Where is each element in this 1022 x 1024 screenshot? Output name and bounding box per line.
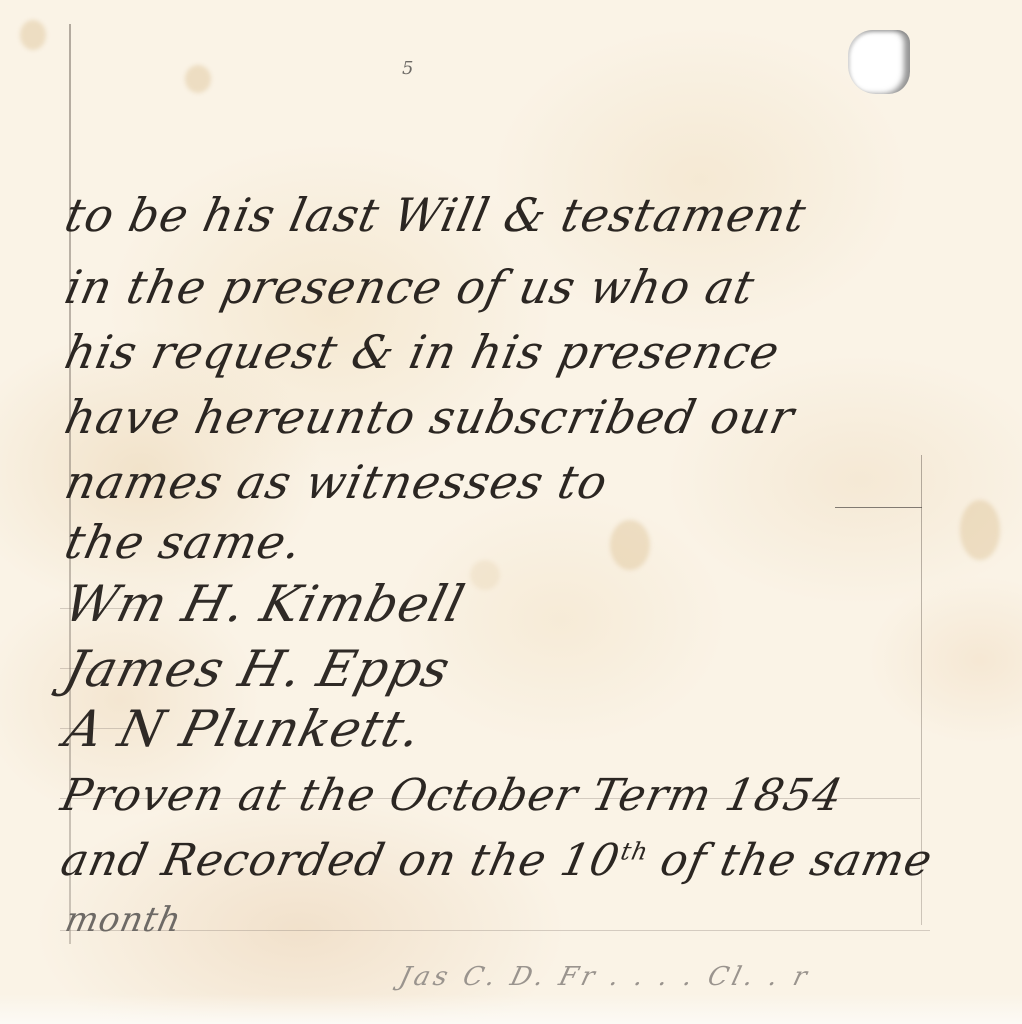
body-line-1: to be his last Will & testament bbox=[60, 188, 811, 242]
water-stain bbox=[185, 65, 211, 93]
torn-hole bbox=[848, 30, 910, 94]
body-line-6: the same. bbox=[60, 515, 307, 569]
witness-signature-1: Wm H. Kimbell bbox=[59, 575, 471, 633]
page-bottom-edge bbox=[0, 994, 1022, 1024]
witness-signature-3: A N Plunkett. bbox=[59, 700, 428, 758]
water-stain bbox=[20, 20, 46, 50]
month-line: month bbox=[62, 900, 186, 940]
recorded-line: and Recorded on the 10th of the same bbox=[57, 835, 938, 886]
body-line-3: his request & in his presence bbox=[60, 325, 784, 379]
document-page: 5 to be his last Will & testament in the… bbox=[0, 0, 1022, 1024]
clerk-signature: Jas C. D. Fr . . . . Cl. . r bbox=[396, 962, 814, 992]
recorded-line-prefix: and Recorded on the 10 bbox=[57, 835, 625, 886]
page-mark: 5 bbox=[402, 58, 413, 79]
witness-signature-2: James H. Epps bbox=[59, 640, 456, 698]
water-stain bbox=[960, 500, 1000, 560]
water-stain bbox=[470, 560, 500, 590]
recorded-line-suffix: of the same bbox=[641, 835, 937, 886]
body-line-4: have hereunto subscribed our bbox=[60, 390, 799, 444]
right-column-rule bbox=[835, 507, 922, 508]
body-line-5: names as witnesses to bbox=[60, 455, 613, 509]
body-line-2: in the presence of us who at bbox=[60, 260, 760, 314]
water-stain bbox=[610, 520, 650, 570]
ruled-line bbox=[60, 930, 930, 931]
probate-line: Proven at the October Term 1854 bbox=[57, 770, 848, 821]
